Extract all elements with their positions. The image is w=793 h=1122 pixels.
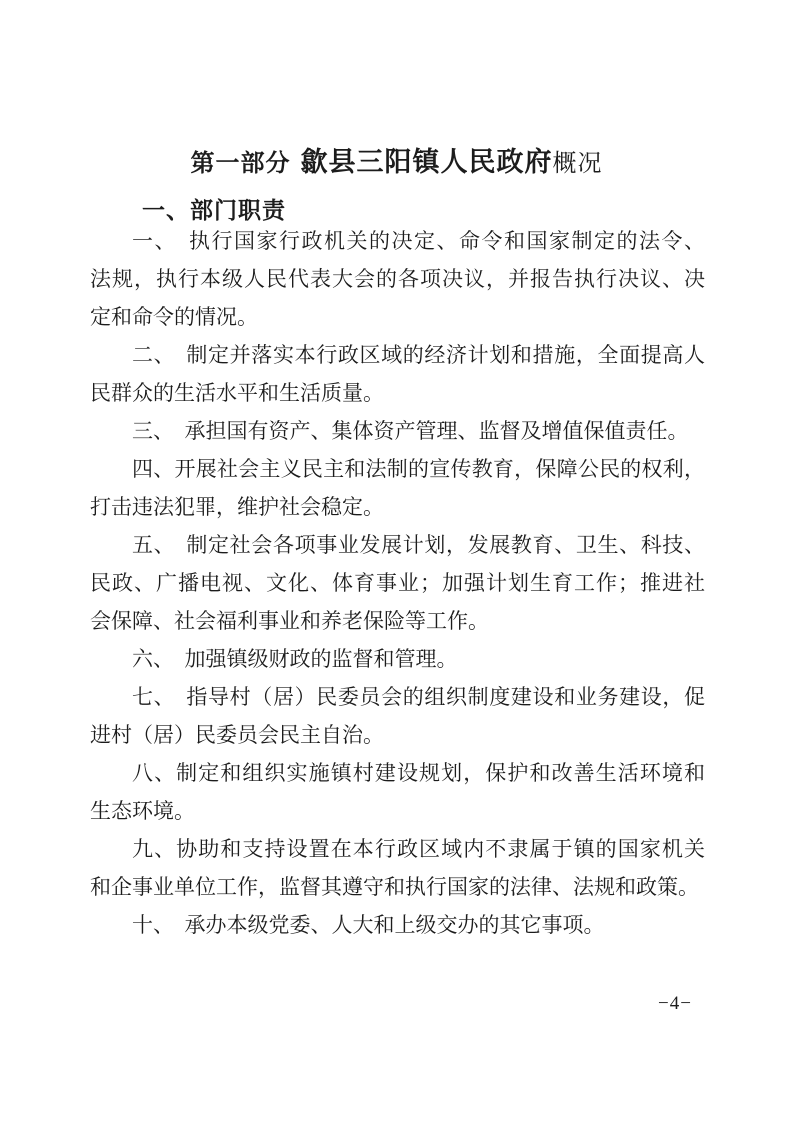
text-line: 会保障、社会福利事业和养老保险等工作。 [90, 602, 705, 640]
text-line: 九、协助和支持设置在本行政区域内不隶属于镇的国家机关 [90, 830, 705, 868]
section-heading: 一、部门职责 [90, 196, 757, 224]
title-part-label: 第一部分 [191, 150, 291, 177]
page-number: −4− [658, 992, 692, 1016]
text-line: 定和命令的情况。 [90, 298, 705, 336]
text-line: 生态环境。 [90, 792, 705, 830]
text-line: 打击违法犯罪，维护社会稳定。 [90, 488, 705, 526]
text-line: 民群众的生活水平和生活质量。 [90, 374, 705, 412]
text-line: 和企事业单位工作，监督其遵守和执行国家的法律、法规和政策。 [90, 868, 705, 906]
document-page: 第一部分歙县三阳镇人民政府概况 一、部门职责 一、 执行国家行政机关的决定、命令… [0, 0, 793, 1122]
text-line: 七、 指导村（居）民委员会的组织制度建设和业务建设，促 [90, 678, 705, 716]
text-line: 三、 承担国有资产、集体资产管理、监督及增值保值责任。 [90, 412, 705, 450]
text-line: 一、 执行国家行政机关的决定、命令和国家制定的法令、 [90, 222, 705, 260]
text-line: 八、制定和组织实施镇村建设规划，保护和改善生活环境和 [90, 754, 705, 792]
document-title: 第一部分歙县三阳镇人民政府概况 [0, 141, 793, 183]
text-line: 法规，执行本级人民代表大会的各项决议，并报告执行决议、决 [90, 260, 705, 298]
text-line: 五、 制定社会各项事业发展计划，发展教育、卫生、科技、 [90, 526, 705, 564]
text-line: 进村（居）民委员会民主自治。 [90, 716, 705, 754]
text-line: 民政、广播电视、文化、体育事业；加强计划生育工作；推进社 [90, 564, 705, 602]
text-line: 六、 加强镇级财政的监督和管理。 [90, 640, 705, 678]
text-line: 十、 承办本级党委、人大和上级交办的其它事项。 [90, 906, 705, 944]
title-government-name: 歙县三阳镇人民政府 [301, 147, 553, 177]
text-line: 二、 制定并落实本行政区域的经济计划和措施，全面提高人 [90, 336, 705, 374]
text-line: 四、开展社会主义民主和法制的宣传教育，保障公民的权利， [90, 450, 705, 488]
body-paragraphs: 一、 执行国家行政机关的决定、命令和国家制定的法令、法规，执行本级人民代表大会的… [90, 222, 705, 944]
title-suffix: 概况 [553, 151, 603, 177]
